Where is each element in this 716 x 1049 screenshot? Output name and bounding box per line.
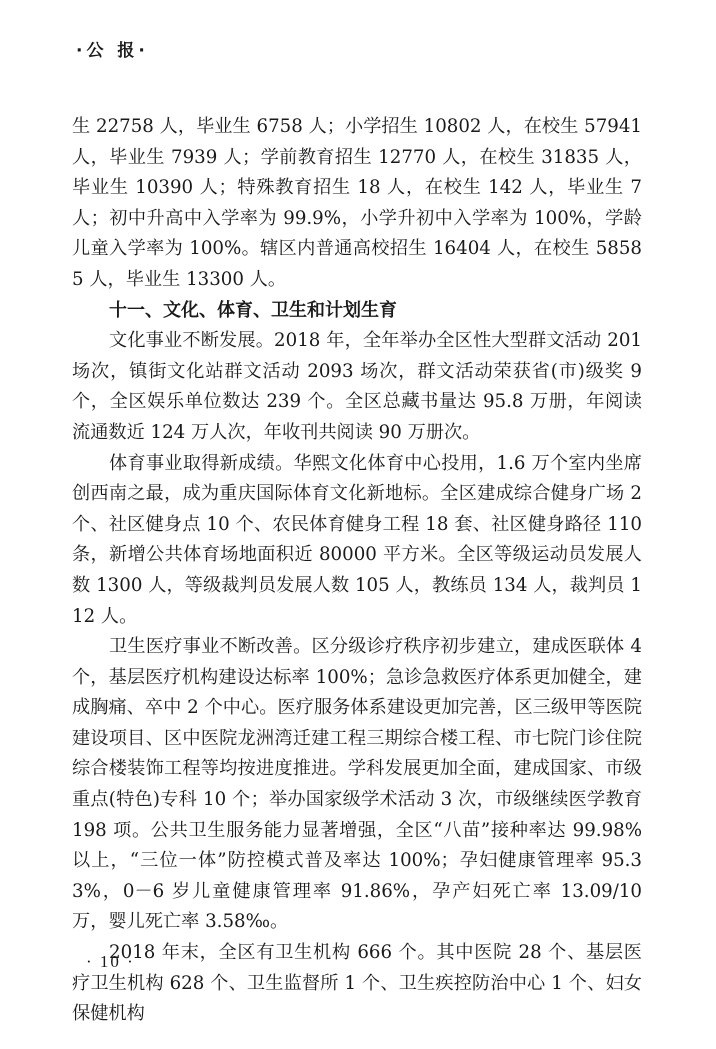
paragraph-culture: 文化事业不断发展。2018 年，全年举办全区性大型群文活动 201 场次，镇街文…	[72, 326, 642, 448]
paragraph-health-care: 卫生医疗事业不断改善。区分级诊疗秩序初步建立，建成医联体 4 个，基层医疗机构建…	[72, 632, 642, 938]
paragraph-health-institutions: 2018 年末，全区有卫生机构 666 个。其中医院 28 个、基层医疗卫生机构…	[72, 938, 642, 1030]
paragraph-education-continued: 生 22758 人，毕业生 6758 人；小学招生 10802 人，在校生 57…	[72, 112, 642, 296]
paragraph-sports: 体育事业取得新成绩。华熙文化体育中心投用，1.6 万个室内坐席创西南之最，成为重…	[72, 449, 642, 633]
running-header: ·公 报·	[76, 36, 149, 61]
document-body: 生 22758 人，毕业生 6758 人；小学招生 10802 人，在校生 57…	[72, 112, 642, 1030]
section-heading-culture-sports-health: 十一、文化、体育、卫生和计划生育	[72, 296, 642, 327]
page-number: · 10 ·	[86, 952, 135, 972]
